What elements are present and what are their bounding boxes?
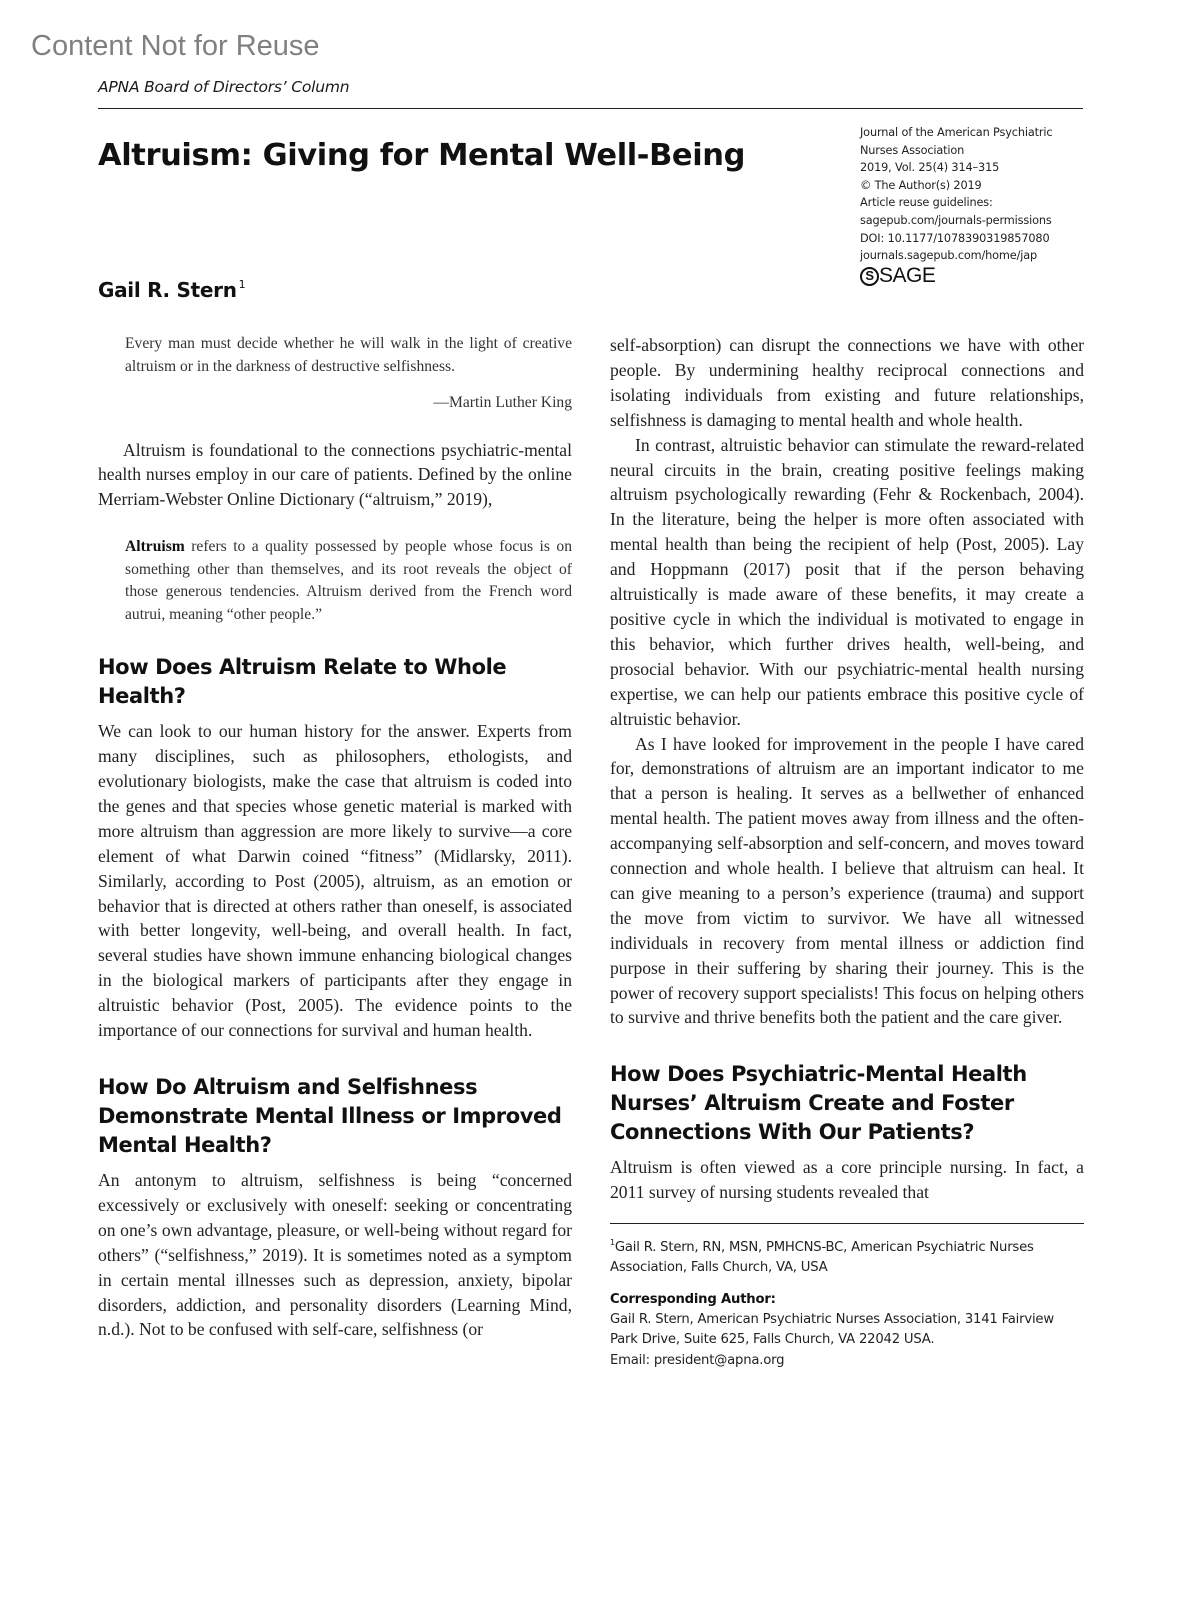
journal-volume: 2019, Vol. 25(4) 314–315 (860, 159, 1052, 177)
section-selfishness-paragraph-3: As I have looked for improvement in the … (610, 732, 1084, 1031)
author-name-text: Gail R. Stern (98, 278, 237, 302)
affiliation-text: Gail R. Stern, RN, MSN, PMHCNS-BC, Ameri… (610, 1240, 1034, 1275)
section-selfishness-paragraph-2: In contrast, altruistic behavior can sti… (610, 433, 1084, 732)
section-selfishness-paragraph-1-cont: self-absorption) can disrupt the connect… (610, 333, 1084, 433)
author-footnote-marker: 1 (239, 278, 246, 291)
author-name: Gail R. Stern1 (98, 278, 245, 302)
author-affiliation: 1Gail R. Stern, RN, MSN, PMHCNS-BC, Amer… (610, 1233, 1084, 1279)
column-label: APNA Board of Directors’ Column (98, 78, 349, 96)
section-nurses-altruism-paragraph: Altruism is often viewed as a core princ… (610, 1155, 1084, 1205)
journal-name-line-1: Journal of the American Psychiatric (860, 124, 1052, 142)
doi[interactable]: DOI: 10.1177/1078390319857080 (860, 230, 1052, 248)
journal-meta: Journal of the American Psychiatric Nurs… (860, 124, 1052, 286)
reuse-guidelines-label: Article reuse guidelines: (860, 194, 1052, 212)
section-whole-health-paragraph: We can look to our human history for the… (98, 719, 572, 1043)
epigraph-quote: Every man must decide whether he will wa… (125, 333, 572, 378)
left-column: Every man must decide whether he will wa… (98, 333, 572, 1342)
section-heading-nurses-altruism: How Does Psychiatric-Mental Health Nurse… (610, 1060, 1084, 1147)
article-title: Altruism: Giving for Mental Well-Being (98, 138, 745, 173)
watermark: Content Not for Reuse (31, 30, 320, 63)
section-heading-selfishness: How Do Altruism and Selfishness Demonstr… (98, 1073, 572, 1160)
epigraph-attribution: —Martin Luther King (125, 392, 572, 415)
copyright: © The Author(s) 2019 (860, 177, 1052, 195)
publisher-logo: S SAGE (860, 267, 1052, 286)
corresponding-author-email[interactable]: Email: president@apna.org (610, 1351, 1084, 1371)
header-rule (98, 108, 1083, 109)
sage-logo-icon: S (860, 267, 879, 286)
publisher-name: SAGE (879, 267, 935, 285)
journal-name-line-2: Nurses Association (860, 142, 1052, 160)
definition-text: refers to a quality possessed by people … (125, 538, 572, 623)
definition-term: Altruism (125, 538, 185, 555)
intro-paragraph: Altruism is foundational to the connecti… (98, 438, 572, 513)
corresponding-author-label: Corresponding Author: (610, 1290, 1084, 1310)
section-heading-whole-health: How Does Altruism Relate to Whole Health… (98, 653, 572, 711)
epigraph: Every man must decide whether he will wa… (125, 333, 572, 415)
definition-blockquote: Altruism refers to a quality possessed b… (125, 536, 572, 626)
permissions-link[interactable]: sagepub.com/journals-permissions (860, 212, 1052, 230)
journal-homepage-link[interactable]: journals.sagepub.com/home/jap (860, 247, 1052, 265)
corresponding-author-address: Gail R. Stern, American Psychiatric Nurs… (610, 1310, 1084, 1351)
footnotes: 1Gail R. Stern, RN, MSN, PMHCNS-BC, Amer… (610, 1233, 1084, 1371)
right-column: self-absorption) can disrupt the connect… (610, 333, 1084, 1371)
footnote-rule (610, 1223, 1084, 1224)
section-selfishness-paragraph-1: An antonym to altruism, selfishness is b… (98, 1168, 572, 1342)
